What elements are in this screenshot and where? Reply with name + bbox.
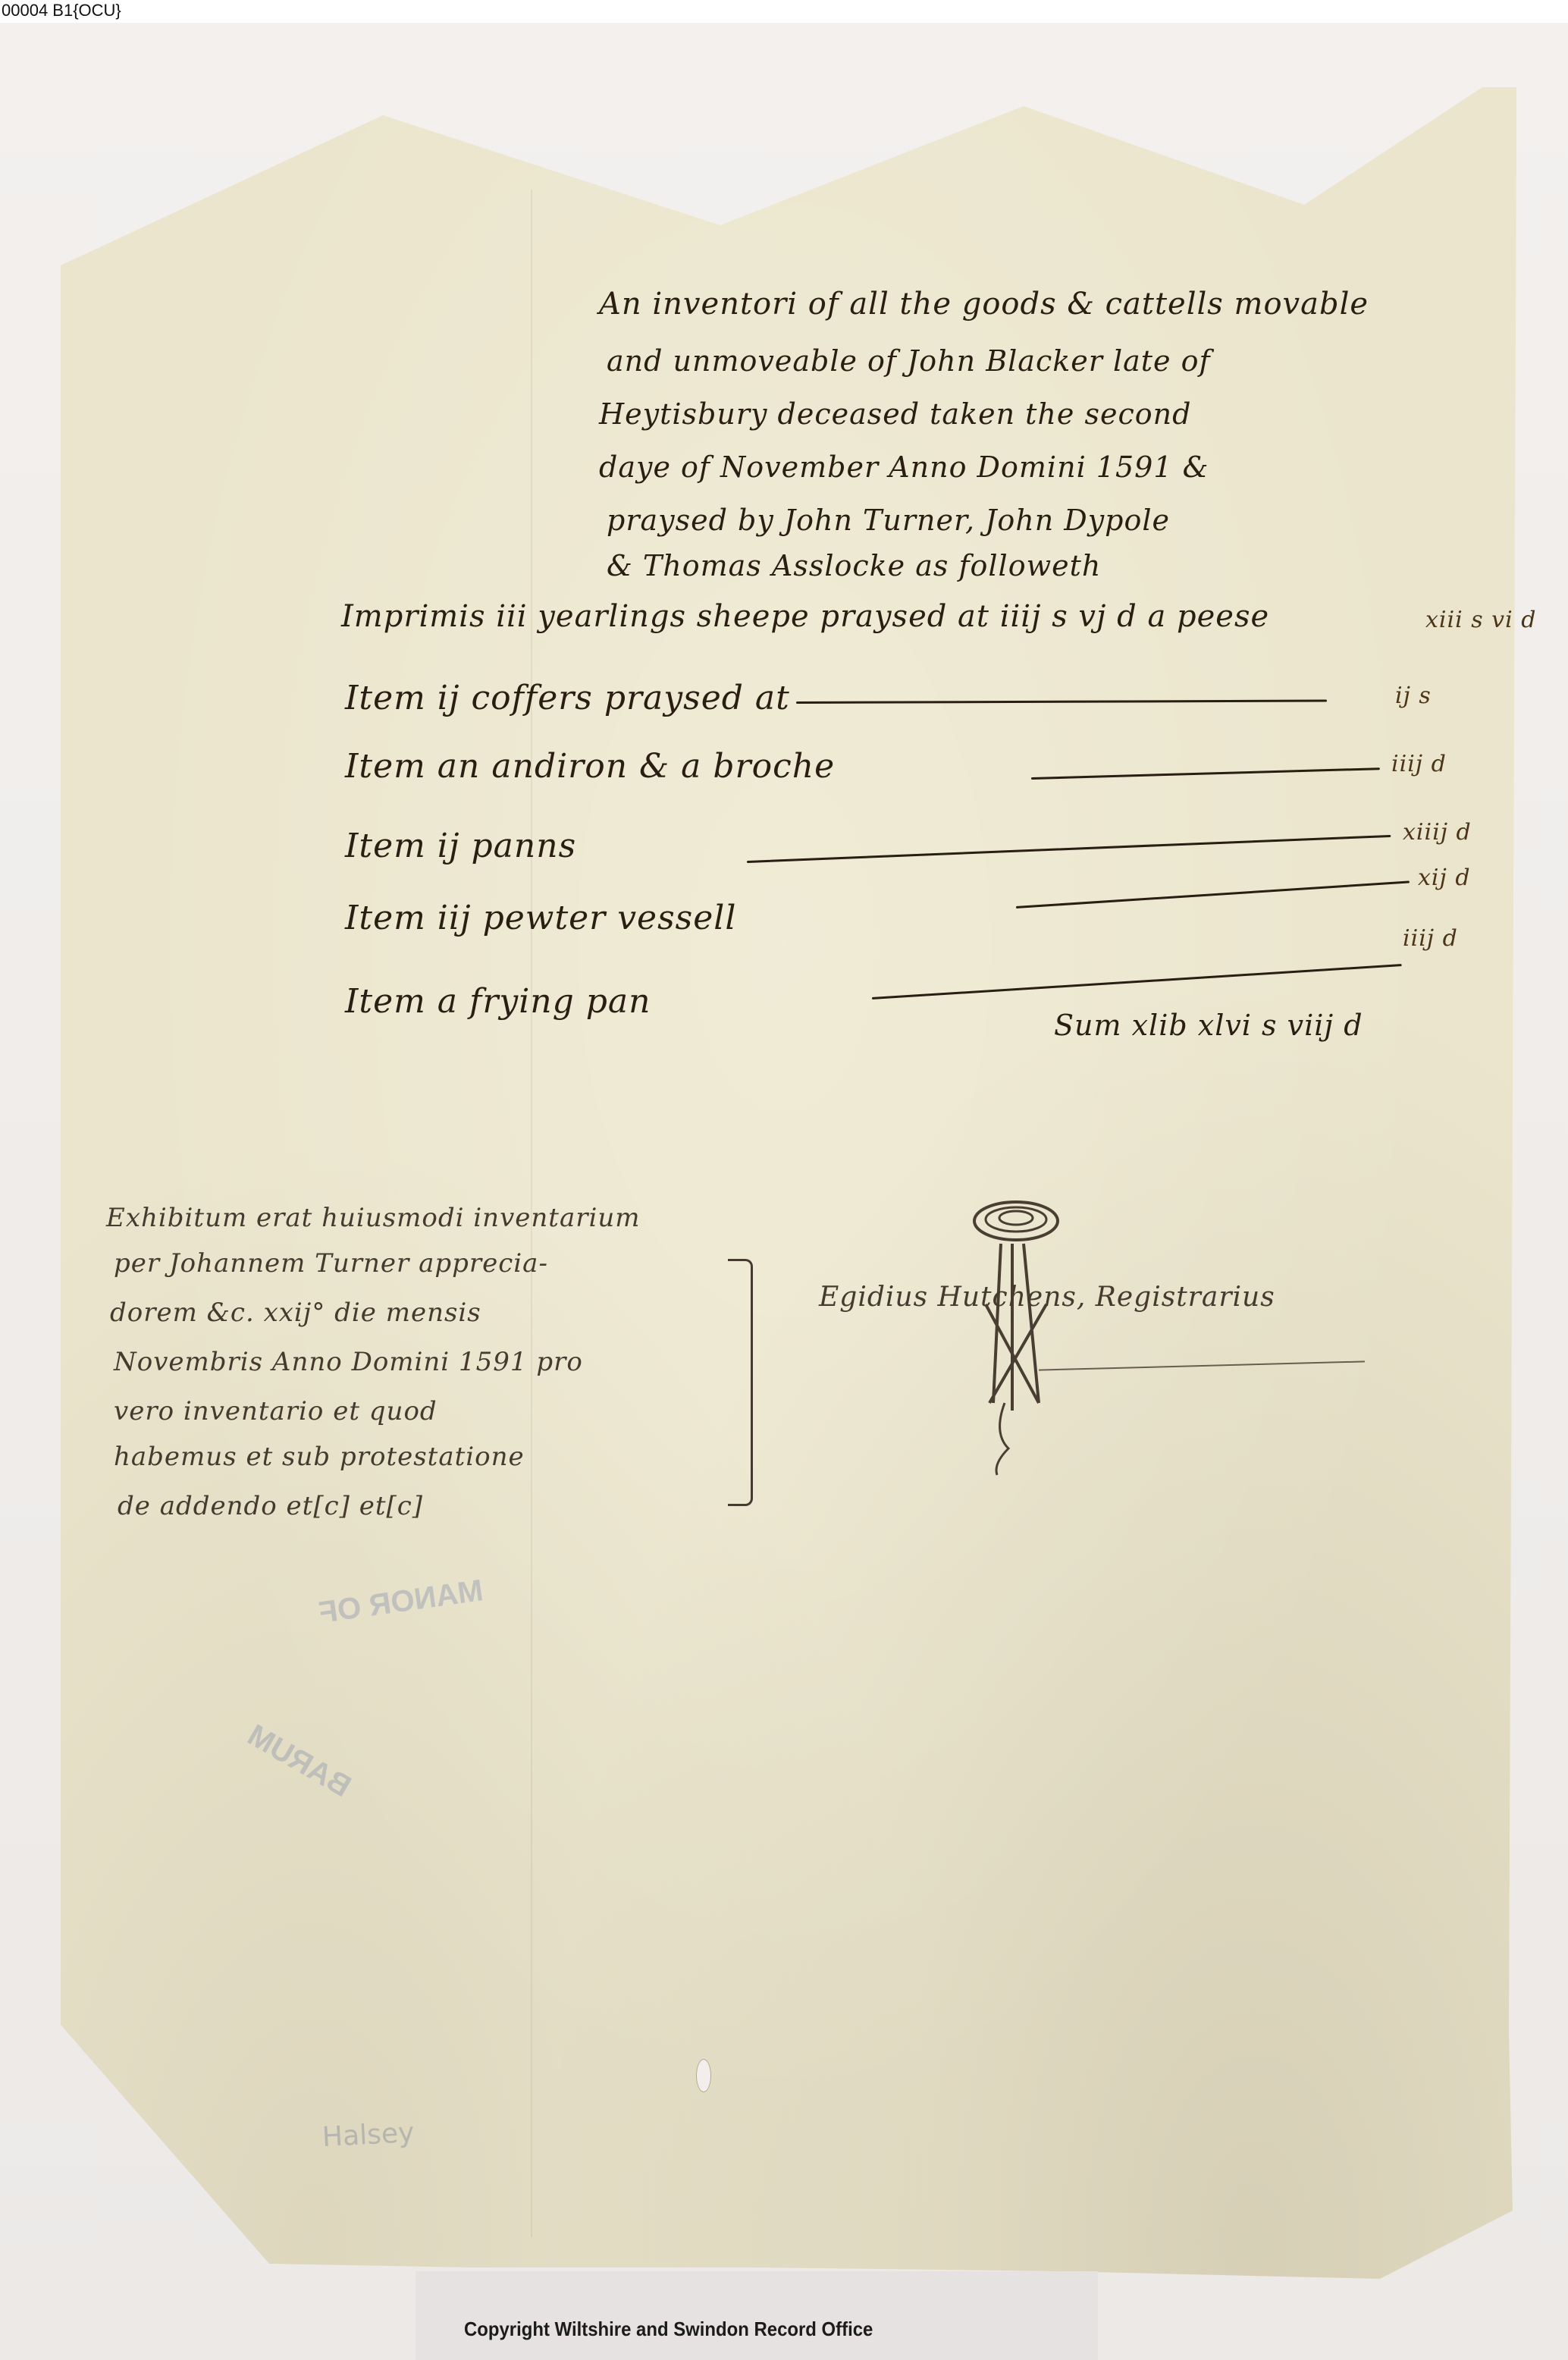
item-text: Item ij coffers praysed at [345,679,790,717]
signature-text: Egidius Hutchens, Registrarius [819,1282,1275,1313]
item-text: Imprimis iii yearlings sheepe praysed at… [341,599,1269,634]
item-value: xiii s vi d [1425,607,1536,633]
exhibit-line: dorem &c. xxij° die mensis [110,1293,481,1332]
heading-line: praysed by John Turner, John Dypole [607,501,1170,540]
item-text: Item a frying pan [345,982,651,1021]
heading-line: An inventori of all the goods & cattells… [599,284,1369,324]
item-value: iiij d [1403,925,1458,952]
exhibit-line: per Johannem Turner apprecia- [114,1244,548,1283]
scan-label: 00004 B1{OCU} [0,0,1568,23]
item-value: iiij d [1391,751,1447,777]
exhibit-line: Novembris Anno Domini 1591 pro [114,1342,583,1382]
item-value: xiiij d [1403,819,1472,846]
pencil-note: Halsey [321,2117,415,2153]
bracket [728,1259,753,1506]
item-value: ij s [1395,683,1432,709]
item-text: Item an andiron & a broche [345,747,835,786]
heading-line: Heytisbury deceased taken the second [599,394,1191,434]
heading-line: daye of November Anno Domini 1591 & [599,447,1209,487]
item-text: Item ij panns [345,827,576,865]
exhibit-line: de addendo et[c] et[c] [118,1486,423,1526]
copyright-strip [416,2271,1098,2360]
exhibit-line: habemus et sub protestatione [114,1437,525,1477]
heading-line: and unmoveable of John Blacker late of [607,341,1211,381]
heading-line: & Thomas Asslocke as followeth [607,546,1101,585]
item-text: Item iij pewter vessell [345,899,736,937]
item-value: xij d [1418,865,1471,891]
exhibit-line: vero inventario et quod [114,1392,437,1431]
notarial-mark-icon [940,1175,1092,1479]
exhibit-line: Exhibitum erat huiusmodi inventarium [106,1198,641,1238]
inventory-total: Sum xlib xlvi s viij d [1054,1009,1363,1042]
copyright-notice: Copyright Wiltshire and Swindon Record O… [464,2318,873,2341]
paper-hole [696,2059,711,2092]
